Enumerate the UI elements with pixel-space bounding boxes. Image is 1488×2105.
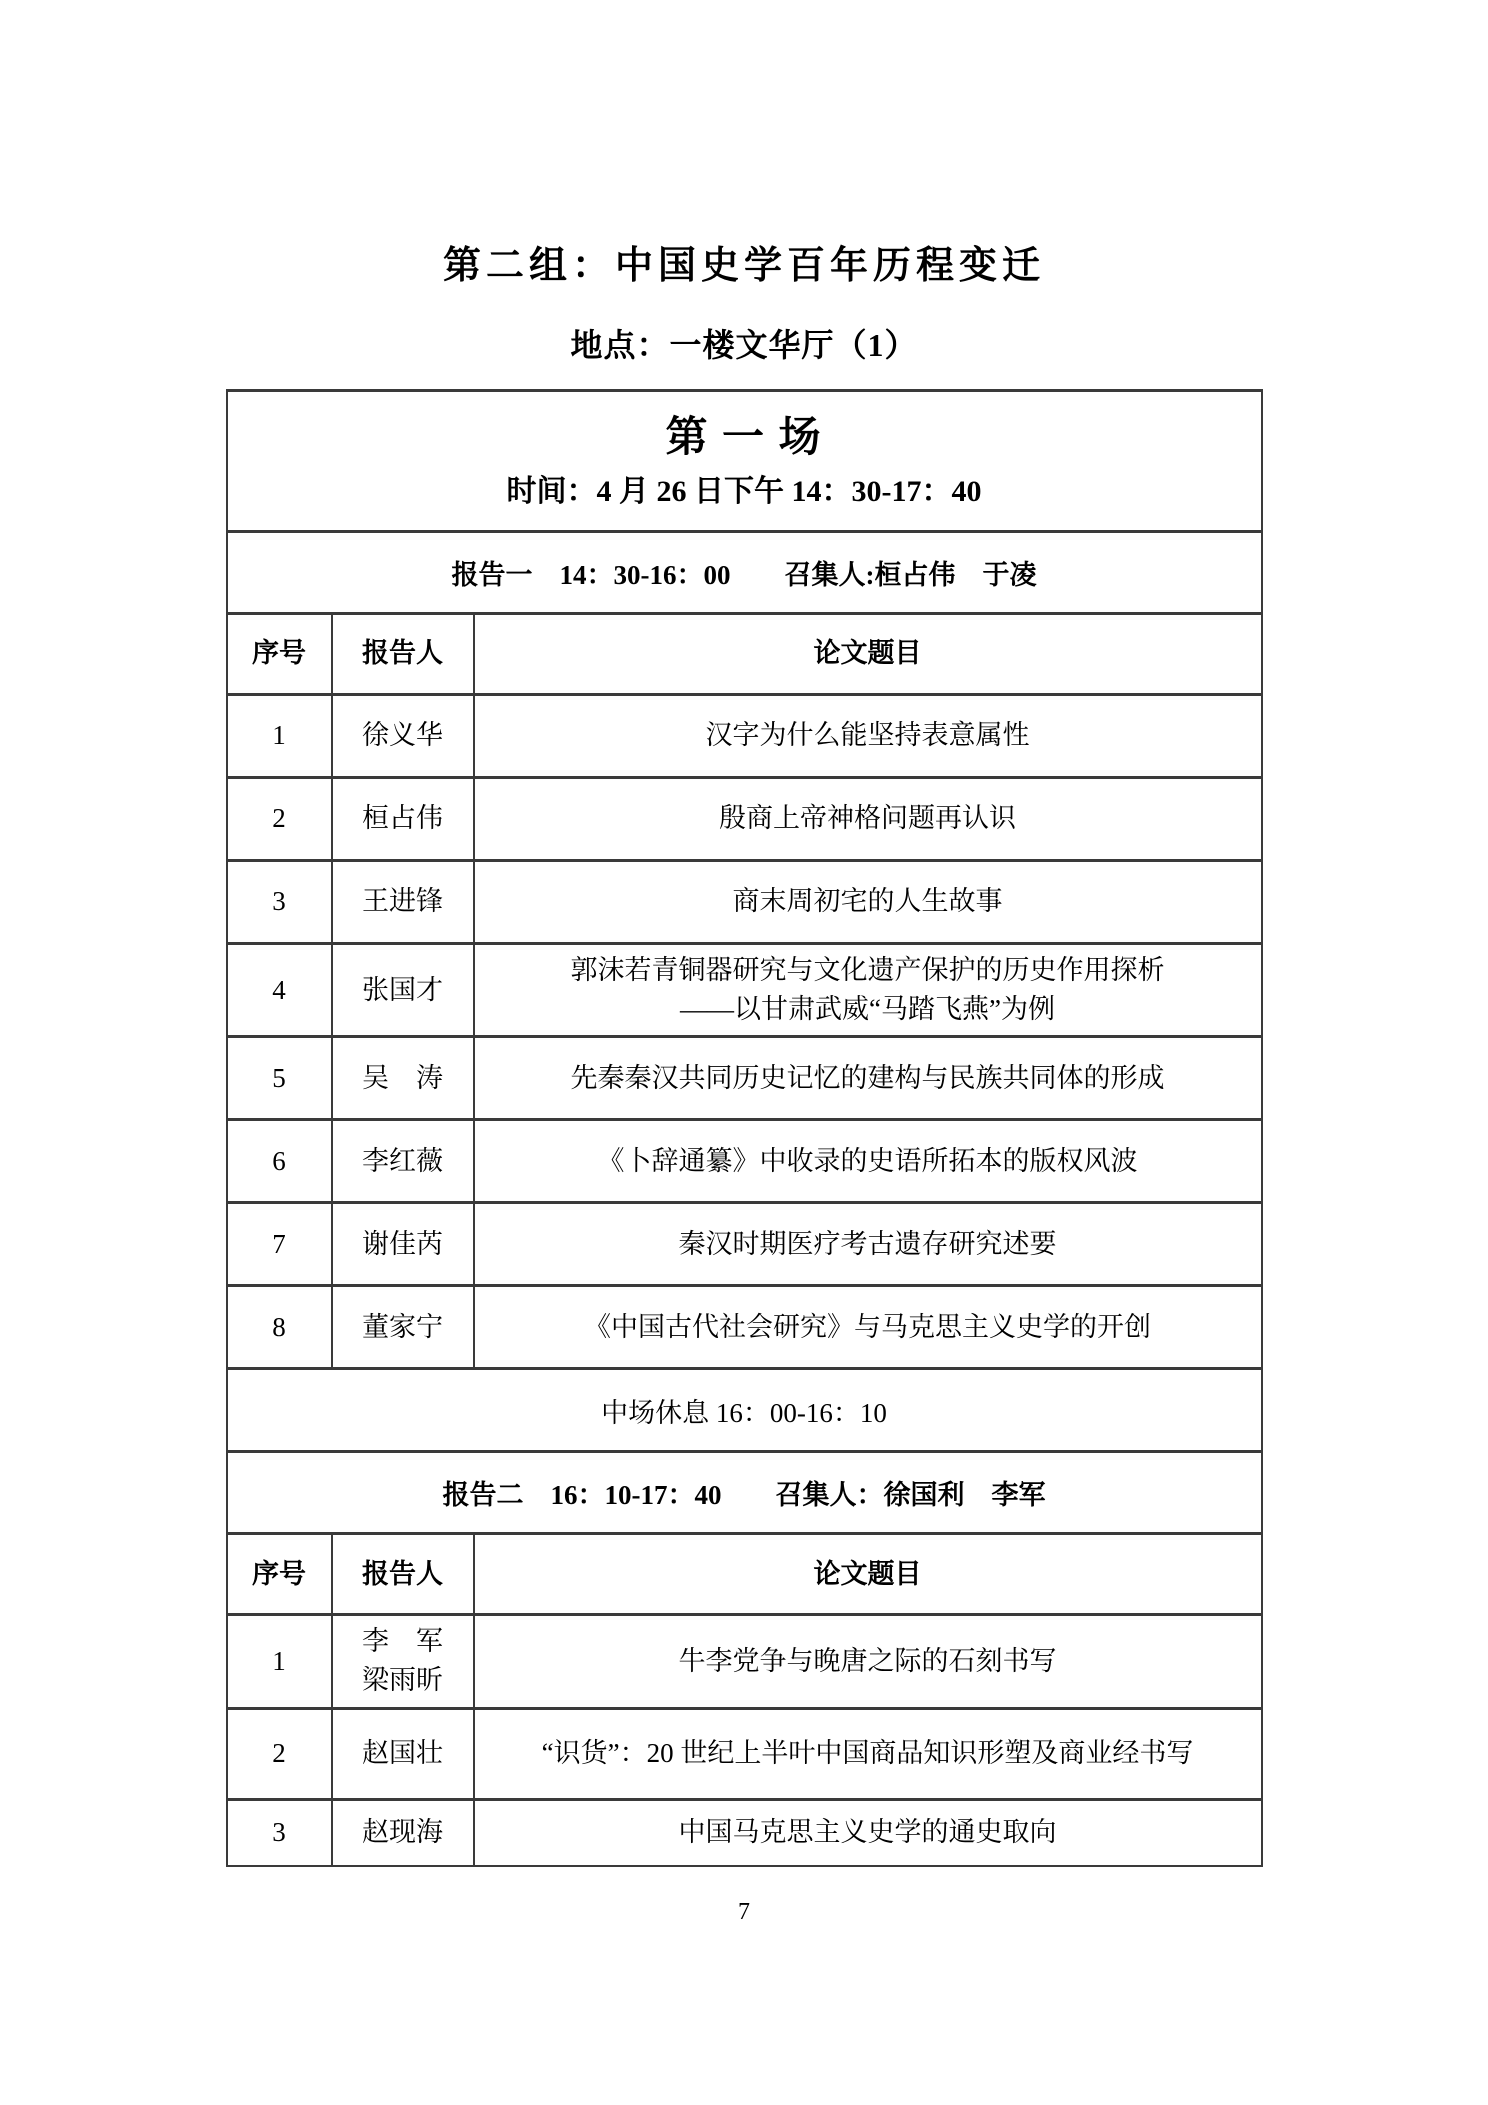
presenter-line2: 梁雨昕 (362, 1661, 443, 1700)
row-presenter: 李红薇 (333, 1121, 475, 1201)
part2-row: 报告二 16：10-17：40 召集人：徐国利 李军 (228, 1453, 1261, 1535)
row-no: 7 (228, 1204, 333, 1284)
row-presenter: 赵现海 (333, 1801, 475, 1865)
row-paper-title: 先秦秦汉共同历史记忆的建构与民族共同体的形成 (475, 1038, 1261, 1118)
table-row: 3 赵现海 中国马克思主义史学的通史取向 (228, 1801, 1261, 1865)
paper-title-line2: ——以甘肃武威“马踏飞燕”为例 (680, 990, 1055, 1029)
row-paper-title: 商末周初宅的人生故事 (475, 862, 1261, 942)
column-header-row-2: 序号 报告人 论文题目 (228, 1535, 1261, 1616)
table-row: 2 赵国壮 “识货”：20 世纪上半叶中国商品知识形塑及商业经书写 (228, 1710, 1261, 1801)
row-no: 8 (228, 1287, 333, 1367)
session-header-row: 第 一 场 时间：4 月 26 日下午 14：30-17：40 (228, 392, 1261, 533)
row-presenter: 董家宁 (333, 1287, 475, 1367)
group-title: 第二组：中国史学百年历程变迁 (0, 246, 1488, 288)
row-no: 2 (228, 1710, 333, 1798)
table-row: 4 张国才 郭沫若青铜器研究与文化遗产保护的历史作用探析 ——以甘肃武威“马踏飞… (228, 945, 1261, 1038)
row-presenter: 王进锋 (333, 862, 475, 942)
row-paper-title: 汉字为什么能坚持表意属性 (475, 696, 1261, 776)
col-header-no: 序号 (228, 1535, 333, 1613)
row-paper-title: 中国马克思主义史学的通史取向 (475, 1801, 1261, 1865)
row-paper-title: 《卜辞通纂》中收录的史语所拓本的版权风波 (475, 1121, 1261, 1201)
row-presenter: 赵国壮 (333, 1710, 475, 1798)
row-no: 6 (228, 1121, 333, 1201)
table-row: 8 董家宁 《中国古代社会研究》与马克思主义史学的开创 (228, 1287, 1261, 1370)
row-paper-title: 秦汉时期医疗考古遗存研究述要 (475, 1204, 1261, 1284)
table-row: 3 王进锋 商末周初宅的人生故事 (228, 862, 1261, 945)
row-no: 1 (228, 1616, 333, 1706)
part2-cell: 报告二 16：10-17：40 召集人：徐国利 李军 (228, 1453, 1261, 1532)
row-presenter: 桓占伟 (333, 779, 475, 859)
col-header-title: 论文题目 (475, 615, 1261, 693)
table-row: 5 吴 涛 先秦秦汉共同历史记忆的建构与民族共同体的形成 (228, 1038, 1261, 1121)
paper-title-line1: 郭沫若青铜器研究与文化遗产保护的历史作用探析 (571, 951, 1165, 990)
row-presenter: 张国才 (333, 945, 475, 1035)
break-cell: 中场休息 16：00-16：10 (228, 1370, 1261, 1450)
break-row: 中场休息 16：00-16：10 (228, 1370, 1261, 1453)
row-no: 3 (228, 1801, 333, 1865)
schedule-table: 第 一 场 时间：4 月 26 日下午 14：30-17：40 报告一 14：3… (226, 389, 1263, 1867)
row-paper-title: 郭沫若青铜器研究与文化遗产保护的历史作用探析 ——以甘肃武威“马踏飞燕”为例 (475, 945, 1261, 1035)
session-time: 时间：4 月 26 日下午 14：30-17：40 (507, 475, 982, 508)
row-paper-title: 殷商上帝神格问题再认识 (475, 779, 1261, 859)
part1-row: 报告一 14：30-16：00 召集人:桓占伟 于凌 (228, 533, 1261, 615)
row-presenter: 徐义华 (333, 696, 475, 776)
row-no: 3 (228, 862, 333, 942)
session-header-cell: 第 一 场 时间：4 月 26 日下午 14：30-17：40 (228, 392, 1261, 530)
break-line: 中场休息 16：00-16：10 (601, 1391, 887, 1430)
col-header-presenter: 报告人 (333, 1535, 475, 1613)
table-row: 2 桓占伟 殷商上帝神格问题再认识 (228, 779, 1261, 862)
presenter-line1: 李 军 (362, 1622, 443, 1661)
row-presenter: 吴 涛 (333, 1038, 475, 1118)
session-name: 第 一 场 (665, 414, 822, 462)
col-header-title: 论文题目 (475, 1535, 1261, 1613)
row-no: 1 (228, 696, 333, 776)
part1-cell: 报告一 14：30-16：00 召集人:桓占伟 于凌 (228, 533, 1261, 612)
col-header-no: 序号 (228, 615, 333, 693)
part1-line: 报告一 14：30-16：00 召集人:桓占伟 于凌 (452, 553, 1037, 592)
document-page: 第二组：中国史学百年历程变迁 地点：一楼文华厅（1） 第 一 场 时间：4 月 … (0, 0, 1488, 2105)
table-row: 1 李 军 梁雨昕 牛李党争与晚唐之际的石刻书写 (228, 1616, 1261, 1709)
row-presenter: 谢佳芮 (333, 1204, 475, 1284)
row-no: 5 (228, 1038, 333, 1118)
location-line: 地点：一楼文华厅（1） (0, 328, 1488, 363)
table-row: 7 谢佳芮 秦汉时期医疗考古遗存研究述要 (228, 1204, 1261, 1287)
table-row: 6 李红薇 《卜辞通纂》中收录的史语所拓本的版权风波 (228, 1121, 1261, 1204)
row-paper-title: 牛李党争与晚唐之际的石刻书写 (475, 1616, 1261, 1706)
row-paper-title: 《中国古代社会研究》与马克思主义史学的开创 (475, 1287, 1261, 1367)
page-number: 7 (0, 1899, 1488, 1926)
row-no: 2 (228, 779, 333, 859)
row-no: 4 (228, 945, 333, 1035)
col-header-presenter: 报告人 (333, 615, 475, 693)
row-presenter: 李 军 梁雨昕 (333, 1616, 475, 1706)
part2-line: 报告二 16：10-17：40 召集人：徐国利 李军 (443, 1473, 1046, 1512)
column-header-row-1: 序号 报告人 论文题目 (228, 615, 1261, 696)
table-row: 1 徐义华 汉字为什么能坚持表意属性 (228, 696, 1261, 779)
row-paper-title: “识货”：20 世纪上半叶中国商品知识形塑及商业经书写 (475, 1710, 1261, 1798)
